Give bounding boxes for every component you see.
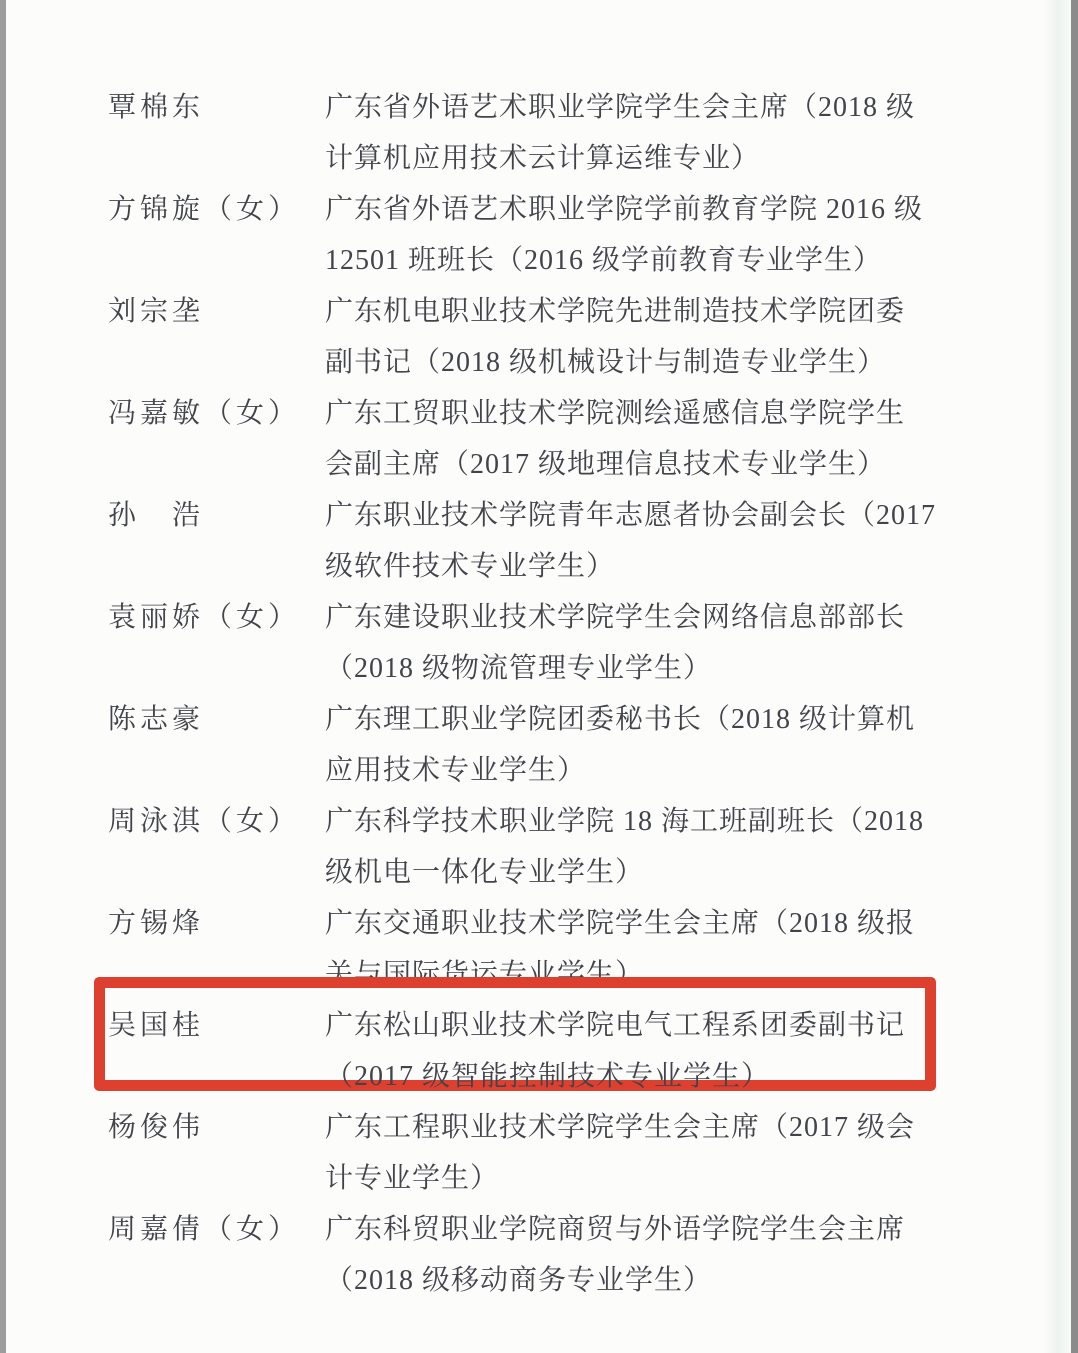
person-position-description: 广东松山职业技术学院电气工程系团委副书记 （2017 级智能控制技术专业学生） xyxy=(325,1000,965,1102)
person-name: 袁丽娇（女） xyxy=(108,592,300,643)
person-name: 冯嘉敏（女） xyxy=(108,388,300,439)
description-line-1: 广东建设职业技术学院学生会网络信息部部长 xyxy=(325,592,965,643)
person-position-description: 广东工贸职业技术学院测绘遥感信息学院学生 会副主席（2017 级地理信息技术专业… xyxy=(325,388,965,490)
roster-entry: 周泳淇（女） 广东科学技术职业学院 18 海工班副班长（2018 级机电一体化专… xyxy=(108,796,1018,898)
roster-entry: 覃棉东 广东省外语艺术职业学院学生会主席（2018 级 计算机应用技术云计算运维… xyxy=(108,82,1018,184)
description-line-2: （2018 级物流管理专业学生） xyxy=(325,643,965,694)
roster-entry: 周嘉倩（女） 广东科贸职业学院商贸与外语学院学生会主席 （2018 级移动商务专… xyxy=(108,1204,1018,1306)
person-name: 周嘉倩（女） xyxy=(108,1204,300,1255)
page-fold-sheen xyxy=(1043,0,1071,1353)
person-position-description: 广东交通职业技术学院学生会主席（2018 级报 关与国际货运专业学生） xyxy=(325,898,965,1000)
description-line-2: 计专业学生） xyxy=(325,1153,965,1204)
description-line-1: 广东科贸职业学院商贸与外语学院学生会主席 xyxy=(325,1204,965,1255)
roster-entry: 吴国桂 广东松山职业技术学院电气工程系团委副书记 （2017 级智能控制技术专业… xyxy=(108,1000,1018,1102)
description-line-1: 广东机电职业技术学院先进制造技术学院团委 xyxy=(325,286,965,337)
description-line-1: 广东科学技术职业学院 18 海工班副班长（2018 xyxy=(325,796,965,847)
person-name: 覃棉东 xyxy=(108,82,204,133)
scanned-document-page: 覃棉东 广东省外语艺术职业学院学生会主席（2018 级 计算机应用技术云计算运维… xyxy=(0,0,1078,1353)
description-line-1: 广东省外语艺术职业学院学生会主席（2018 级 xyxy=(325,82,965,133)
roster-list: 覃棉东 广东省外语艺术职业学院学生会主席（2018 级 计算机应用技术云计算运维… xyxy=(108,82,1018,1306)
roster-entry: 陈志豪 广东理工职业学院团委秘书长（2018 级计算机 应用技术专业学生） xyxy=(108,694,1018,796)
person-position-description: 广东职业技术学院青年志愿者协会副会长（2017 级软件技术专业学生） xyxy=(325,490,965,592)
person-position-description: 广东省外语艺术职业学院学生会主席（2018 级 计算机应用技术云计算运维专业） xyxy=(325,82,965,184)
person-name: 杨俊伟 xyxy=(108,1102,204,1153)
description-line-2: 应用技术专业学生） xyxy=(325,745,965,796)
person-position-description: 广东科学技术职业学院 18 海工班副班长（2018 级机电一体化专业学生） xyxy=(325,796,965,898)
person-name: 吴国桂 xyxy=(108,1000,204,1051)
roster-entry: 刘宗垄 广东机电职业技术学院先进制造技术学院团委 副书记（2018 级机械设计与… xyxy=(108,286,1018,388)
description-line-2: （2017 级智能控制技术专业学生） xyxy=(325,1051,965,1102)
description-line-1: 广东省外语艺术职业学院学前教育学院 2016 级 xyxy=(325,184,965,235)
person-name: 刘宗垄 xyxy=(108,286,204,337)
roster-entry: 方锦旋（女） 广东省外语艺术职业学院学前教育学院 2016 级 12501 班班… xyxy=(108,184,1018,286)
roster-entry: 杨俊伟 广东工程职业技术学院学生会主席（2017 级会 计专业学生） xyxy=(108,1102,1018,1204)
person-position-description: 广东建设职业技术学院学生会网络信息部部长 （2018 级物流管理专业学生） xyxy=(325,592,965,694)
description-line-1: 广东职业技术学院青年志愿者协会副会长（2017 xyxy=(325,490,965,541)
person-name: 方锡烽 xyxy=(108,898,204,949)
description-line-1: 广东交通职业技术学院学生会主席（2018 级报 xyxy=(325,898,965,949)
scan-edge-left xyxy=(0,0,6,1353)
description-line-2: 关与国际货运专业学生） xyxy=(325,949,965,1000)
description-line-2: 级机电一体化专业学生） xyxy=(325,847,965,898)
description-line-2: 12501 班班长（2016 级学前教育专业学生） xyxy=(325,235,965,286)
description-line-1: 广东理工职业学院团委秘书长（2018 级计算机 xyxy=(325,694,965,745)
roster-entry: 孙 浩 广东职业技术学院青年志愿者协会副会长（2017 级软件技术专业学生） xyxy=(108,490,1018,592)
person-name: 陈志豪 xyxy=(108,694,204,745)
person-position-description: 广东理工职业学院团委秘书长（2018 级计算机 应用技术专业学生） xyxy=(325,694,965,796)
person-name: 方锦旋（女） xyxy=(108,184,300,235)
description-line-2: 计算机应用技术云计算运维专业） xyxy=(325,133,965,184)
description-line-2: 副书记（2018 级机械设计与制造专业学生） xyxy=(325,337,965,388)
roster-entry: 冯嘉敏（女） 广东工贸职业技术学院测绘遥感信息学院学生 会副主席（2017 级地… xyxy=(108,388,1018,490)
description-line-2: 会副主席（2017 级地理信息技术专业学生） xyxy=(325,439,965,490)
roster-entry: 方锡烽 广东交通职业技术学院学生会主席（2018 级报 关与国际货运专业学生） xyxy=(108,898,1018,1000)
person-position-description: 广东省外语艺术职业学院学前教育学院 2016 级 12501 班班长（2016 … xyxy=(325,184,965,286)
description-line-1: 广东工贸职业技术学院测绘遥感信息学院学生 xyxy=(325,388,965,439)
description-line-2: 级软件技术专业学生） xyxy=(325,541,965,592)
person-position-description: 广东科贸职业学院商贸与外语学院学生会主席 （2018 级移动商务专业学生） xyxy=(325,1204,965,1306)
person-name: 孙 浩 xyxy=(108,490,204,541)
person-position-description: 广东工程职业技术学院学生会主席（2017 级会 计专业学生） xyxy=(325,1102,965,1204)
description-line-1: 广东工程职业技术学院学生会主席（2017 级会 xyxy=(325,1102,965,1153)
scan-edge-right xyxy=(1071,0,1078,1353)
roster-entry: 袁丽娇（女） 广东建设职业技术学院学生会网络信息部部长 （2018 级物流管理专… xyxy=(108,592,1018,694)
person-name: 周泳淇（女） xyxy=(108,796,300,847)
person-position-description: 广东机电职业技术学院先进制造技术学院团委 副书记（2018 级机械设计与制造专业… xyxy=(325,286,965,388)
description-line-1: 广东松山职业技术学院电气工程系团委副书记 xyxy=(325,1000,965,1051)
description-line-2: （2018 级移动商务专业学生） xyxy=(325,1255,965,1306)
